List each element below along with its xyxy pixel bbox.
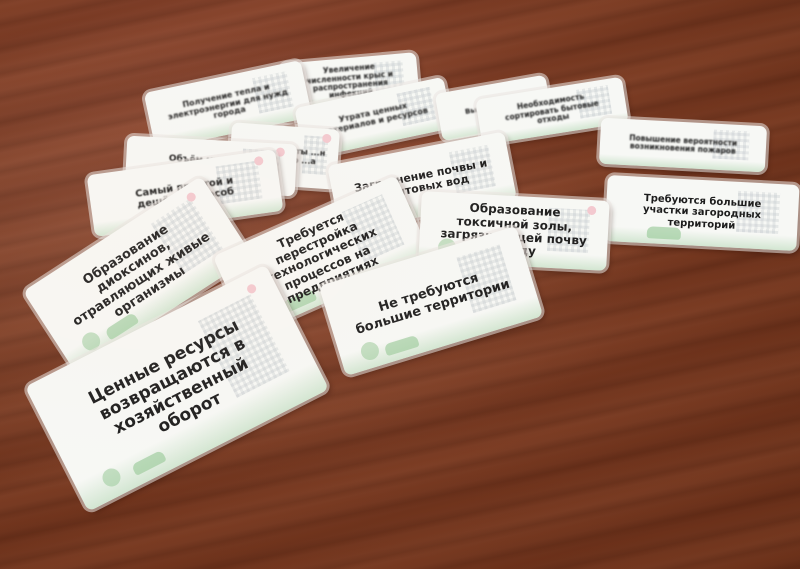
card-fire-risk[interactable]: Повышение вероятности возникновения пожа… <box>599 118 767 173</box>
car-illustration <box>647 227 682 241</box>
card-large-suburban-areas[interactable]: Требуются большие участки загородных тер… <box>604 175 799 251</box>
pink-dot <box>322 133 332 143</box>
pink-dot <box>253 156 263 166</box>
pink-dot <box>276 148 285 157</box>
pink-dot <box>246 283 258 295</box>
wooden-table: Увеличение численности крыс и распростра… <box>0 0 800 569</box>
